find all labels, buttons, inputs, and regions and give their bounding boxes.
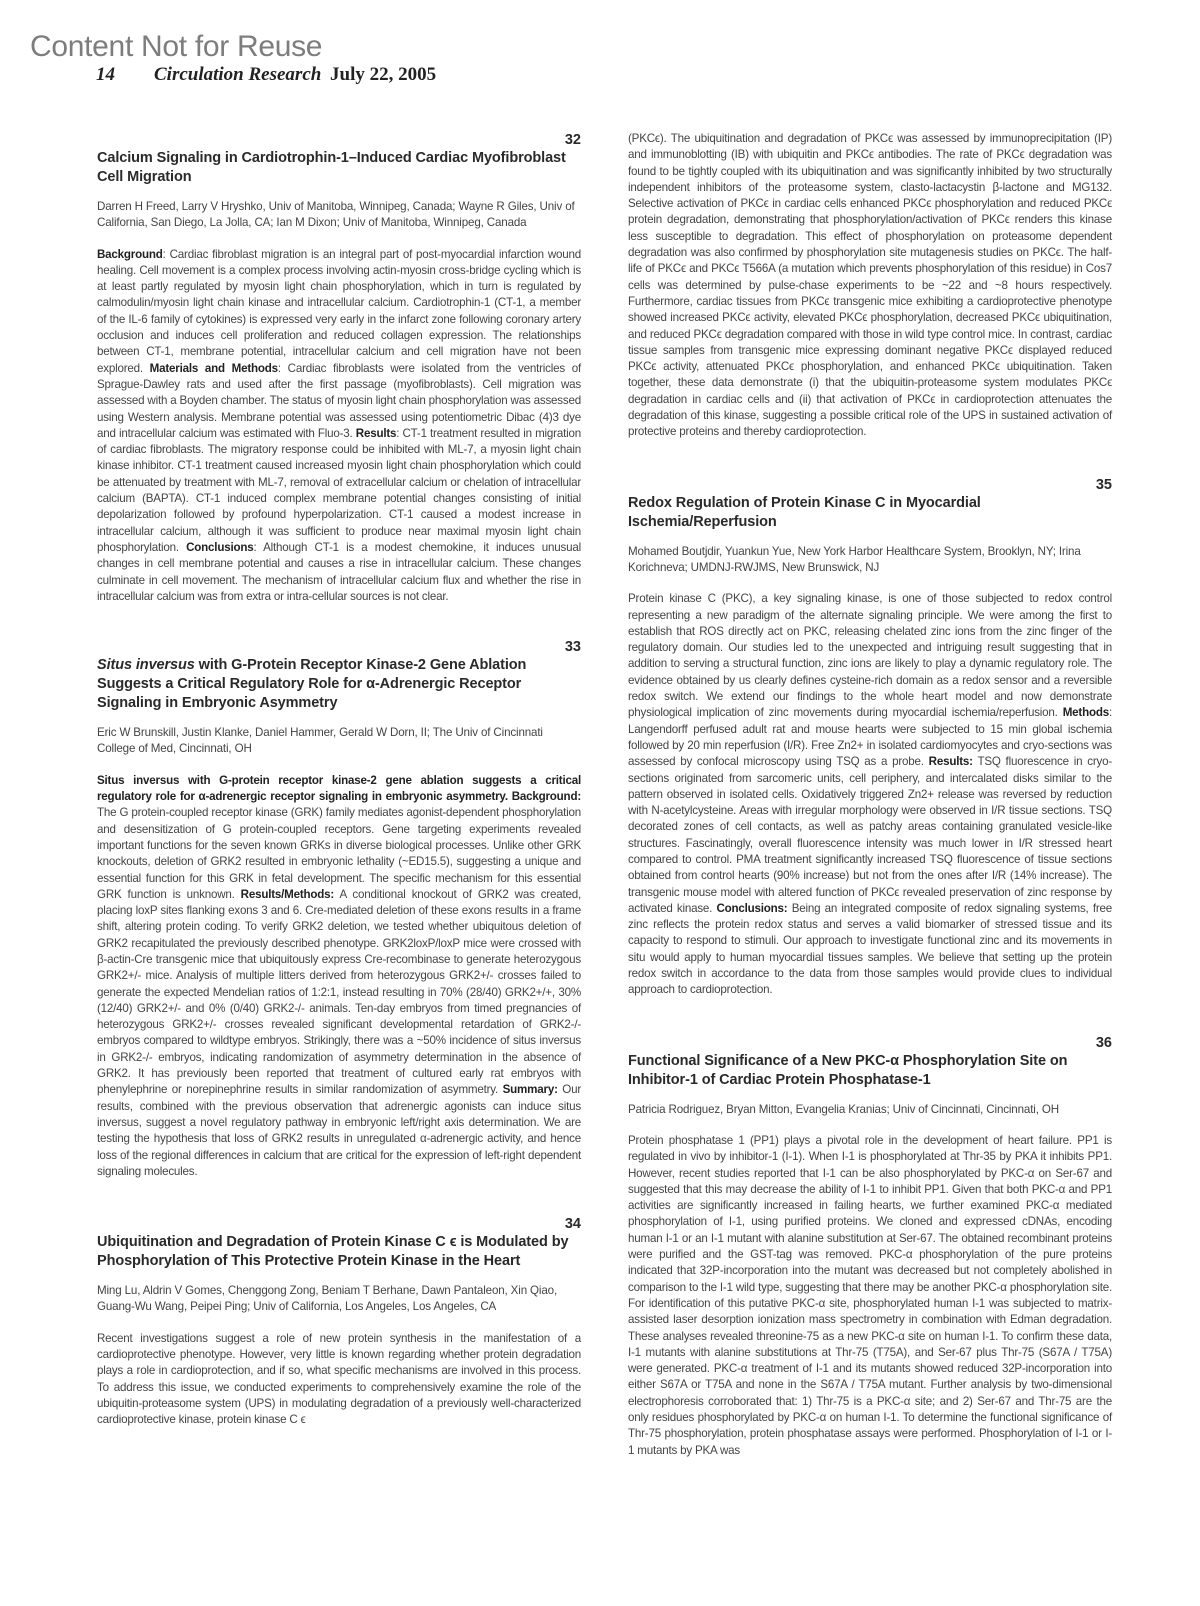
abstract-authors: Darren H Freed, Larry V Hryshko, Univ of… xyxy=(97,199,581,232)
abstract-33: 33 Situs inversus with G-Protein Recepto… xyxy=(97,639,581,1180)
abstract-body: Situs inversus with G-protein receptor k… xyxy=(97,773,581,1180)
section-label: Conclusions xyxy=(186,541,253,554)
journal-name: Circulation Research xyxy=(154,64,330,86)
section-text: : Cardiac fibroblast migration is an int… xyxy=(97,248,581,375)
section-label: Methods xyxy=(1063,706,1109,719)
abstract-34-continued: (PKCϵ). The ubiquitination and degradati… xyxy=(628,131,1112,441)
abstract-authors: Eric W Brunskill, Justin Klanke, Daniel … xyxy=(97,725,581,758)
running-head: 14Circulation ResearchJuly 22, 2005 xyxy=(96,64,436,86)
section-text: Our results, combined with the previous … xyxy=(97,1083,581,1177)
section-label: Background xyxy=(97,248,163,261)
section-text: Being an integrated composite of redox s… xyxy=(628,902,1112,996)
page-number: 14 xyxy=(96,64,154,86)
section-label: Summary: xyxy=(503,1083,558,1096)
abstract-title: Functional Significance of a New PKC-α P… xyxy=(628,1052,1112,1090)
section-text: A conditional knockout of GRK2 was creat… xyxy=(97,888,581,1097)
right-column: (PKCϵ). The ubiquitination and degradati… xyxy=(628,131,1112,1459)
section-label: Results xyxy=(356,427,396,440)
abstract-number: 32 xyxy=(97,132,581,148)
title-italic: Situs inversus xyxy=(97,657,195,673)
section-label: Conclusions: xyxy=(716,902,787,915)
section-label: Results: xyxy=(929,755,973,768)
abstract-title: Ubiquitination and Degradation of Protei… xyxy=(97,1233,581,1271)
abstract-34: 34 Ubiquitination and Degradation of Pro… xyxy=(97,1216,581,1428)
abstract-number: 35 xyxy=(628,477,1112,493)
abstract-title: Calcium Signaling in Cardiotrophin-1–Ind… xyxy=(97,149,581,187)
watermark: Content Not for Reuse xyxy=(30,30,322,64)
abstract-number: 34 xyxy=(97,1216,581,1232)
lead-sentence: Situs inversus with G-protein receptor k… xyxy=(97,774,581,803)
section-text: : CT-1 treatment resulted in migration o… xyxy=(97,427,581,554)
abstract-authors: Ming Lu, Aldrin V Gomes, Chenggong Zong,… xyxy=(97,1283,581,1316)
abstract-body: Recent investigations suggest a role of … xyxy=(97,1331,581,1429)
abstract-32: 32 Calcium Signaling in Cardiotrophin-1–… xyxy=(97,132,581,605)
abstract-number: 33 xyxy=(97,639,581,655)
abstract-authors: Mohamed Boutjdir, Yuankun Yue, New York … xyxy=(628,544,1112,577)
left-column: 32 Calcium Signaling in Cardiotrophin-1–… xyxy=(97,132,581,1429)
section-label: Materials and Methods xyxy=(150,362,278,375)
intro-text: Protein kinase C (PKC), a key signaling … xyxy=(628,592,1112,719)
abstract-authors: Patricia Rodriguez, Bryan Mitton, Evange… xyxy=(628,1102,1112,1118)
abstract-body: Protein phosphatase 1 (PP1) plays a pivo… xyxy=(628,1133,1112,1459)
abstract-body: Background: Cardiac fibroblast migration… xyxy=(97,247,581,606)
abstract-number: 36 xyxy=(628,1035,1112,1051)
section-label: Background: xyxy=(512,790,581,803)
issue-date: July 22, 2005 xyxy=(330,64,436,85)
abstract-35: 35 Redox Regulation of Protein Kinase C … xyxy=(628,477,1112,999)
abstract-title: Situs inversus with G-Protein Receptor K… xyxy=(97,656,581,713)
abstract-body: (PKCϵ). The ubiquitination and degradati… xyxy=(628,131,1112,441)
section-text: TSQ fluorescence in cryo-sections origin… xyxy=(628,755,1112,915)
section-label: Results/Methods: xyxy=(241,888,334,901)
abstract-36: 36 Functional Significance of a New PKC-… xyxy=(628,1035,1112,1459)
section-text: The G protein-coupled receptor kinase (G… xyxy=(97,806,581,900)
abstract-body: Protein kinase C (PKC), a key signaling … xyxy=(628,591,1112,998)
abstract-title: Redox Regulation of Protein Kinase C in … xyxy=(628,494,1112,532)
